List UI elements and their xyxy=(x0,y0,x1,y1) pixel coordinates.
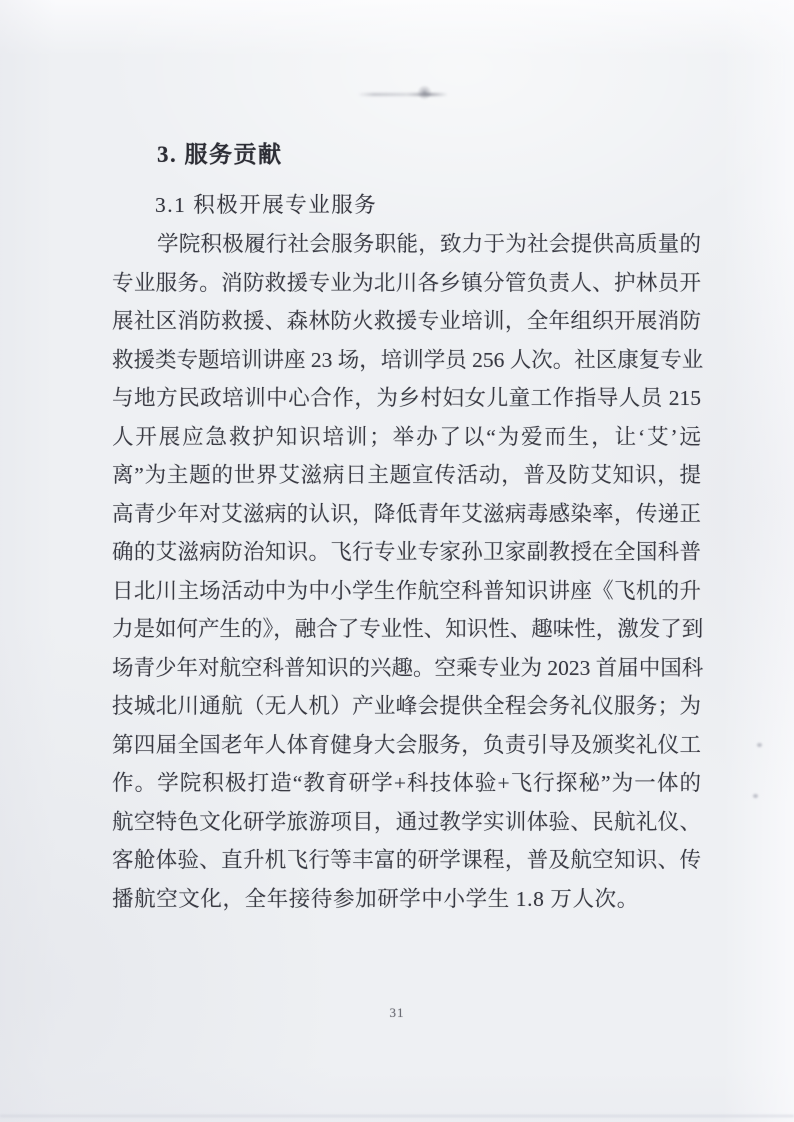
paragraph-line: 学院积极履行社会服务职能，致力于为社会提供高质量的 xyxy=(112,225,701,264)
scan-speck xyxy=(757,743,762,747)
scan-smudge-mark xyxy=(358,93,448,96)
body-paragraph: 学院积极履行社会服务职能，致力于为社会提供高质量的专业服务。消防救援专业为北川各… xyxy=(112,225,701,918)
paragraph-line: 救援类专题培训讲座 23 场，培训学员 256 人次。社区康复专业 xyxy=(112,341,701,380)
paragraph-line: 离”为主题的世界艾滋病日主题宣传活动，普及防艾知识，提 xyxy=(112,456,701,495)
paragraph-line: 展社区消防救援、森林防火救援专业培训，全年组织开展消防 xyxy=(112,302,701,341)
paragraph-line: 专业服务。消防救援专业为北川各乡镇分管负责人、护林员开 xyxy=(112,264,701,303)
paragraph-line: 第四届全国老年人体育健身大会服务，负责引导及颁奖礼仪工 xyxy=(112,726,701,765)
scan-speck xyxy=(753,794,758,798)
paragraph-line: 高青少年对艾滋病的认识，降低青年艾滋病毒感染率，传递正 xyxy=(112,495,701,534)
paragraph-line: 播航空文化，全年接待参加研学中小学生 1.8 万人次。 xyxy=(112,880,701,919)
paragraph-line: 场青少年对航空科普知识的兴趣。空乘专业为 2023 首届中国科 xyxy=(112,649,701,688)
paragraph-line: 确的艾滋病防治知识。飞行专业专家孙卫家副教授在全国科普 xyxy=(112,533,701,572)
paragraph-line: 与地方民政培训中心合作，为乡村妇女儿童工作指导人员 215 xyxy=(112,379,701,418)
page-number: 31 xyxy=(0,1005,794,1021)
scan-ink-blob xyxy=(417,85,432,100)
section-heading: 3. 服务贡献 xyxy=(157,141,283,169)
paragraph-line: 航空特色文化研学旅游项目，通过教学实训体验、民航礼仪、 xyxy=(112,803,701,842)
paragraph-line: 日北川主场活动中为中小学生作航空科普知识讲座《飞机的升 xyxy=(112,572,701,611)
paragraph-line: 力是如何产生的》，融合了专业性、知识性、趣味性，激发了到 xyxy=(112,610,701,649)
scanned-document-page: 3. 服务贡献 3.1 积极开展专业服务 学院积极履行社会服务职能，致力于为社会… xyxy=(0,0,794,1122)
subsection-heading: 3.1 积极开展专业服务 xyxy=(155,192,377,218)
paragraph-line: 技城北川通航（无人机）产业峰会提供全程会务礼仪服务；为 xyxy=(112,687,701,726)
paragraph-line: 客舱体验、直升机飞行等丰富的研学课程，普及航空知识、传 xyxy=(112,841,701,880)
paragraph-line: 作。学院积极打造“教育研学+科技体验+飞行探秘”为一体的 xyxy=(112,764,701,803)
paragraph-line: 人开展应急救护知识培训；举办了以“为爱而生，让‘艾’远 xyxy=(112,418,701,457)
